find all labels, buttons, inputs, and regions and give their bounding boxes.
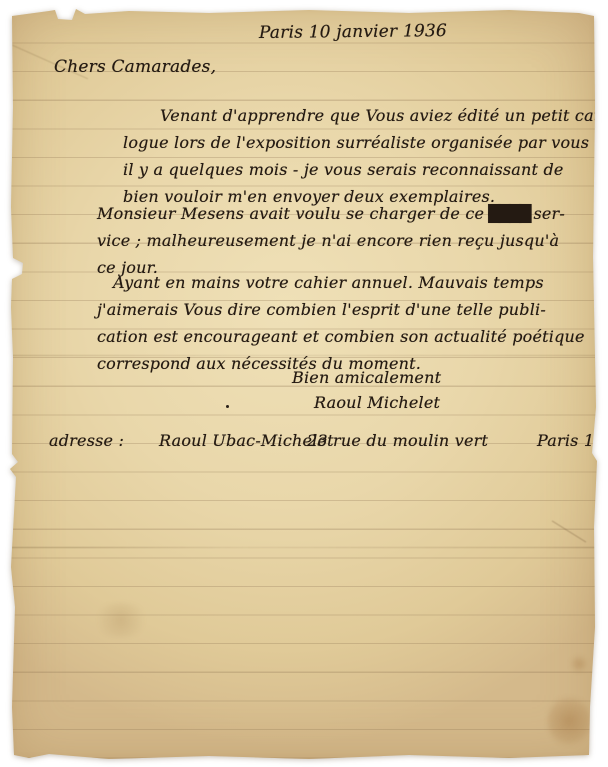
address-street: 23 rue du moulin vert: [307, 427, 488, 454]
letter-paper: Paris 10 janvier 1936 Chers Camarades, V…: [9, 7, 597, 760]
salutation: Chers Camarades,: [54, 54, 216, 81]
paper-crease: [552, 520, 586, 542]
closing: Bien amicalement: [292, 364, 441, 391]
paper-stain: [569, 655, 589, 673]
address-city: Paris 14: [537, 427, 605, 454]
letter-line: cation est encourageant et combien son a…: [9, 323, 597, 350]
letter-line: vice ; malheureusement je n'ai encore ri…: [9, 227, 597, 254]
letter-line: j'aimerais Vous dire combien l'esprit d'…: [9, 296, 597, 323]
line-text: ser-: [533, 204, 565, 223]
paper-stain: [547, 695, 591, 747]
scanned-letter: Paris 10 janvier 1936 Chers Camarades, V…: [0, 0, 608, 767]
paper-crease: [9, 547, 597, 548]
line-text: Monsieur Mesens avait voulu se charger d…: [97, 204, 484, 223]
letter-line: il y a quelques mois - je vous serais re…: [9, 156, 597, 183]
address-label: adresse :: [49, 427, 124, 454]
letter-line: Ayant en mains votre cahier annuel. Mauv…: [9, 269, 597, 296]
date-line: Paris 10 janvier 1936: [259, 18, 447, 47]
letter-line: Venant d'apprendre que Vous aviez édité …: [9, 102, 597, 129]
paragraph-cahier-annuel: Ayant en mains votre cahier annuel. Mauv…: [9, 269, 597, 377]
crossed-out-word: ████: [488, 204, 529, 223]
letter-line: Monsieur Mesens avait voulu se charger d…: [9, 200, 597, 227]
letter-line: logue lors de l'exposition surréaliste o…: [9, 129, 597, 156]
paragraph-catalogue-request: Venant d'apprendre que Vous aviez édité …: [9, 102, 597, 210]
ink-dot: [226, 405, 229, 408]
address-row: adresse : Raoul Ubac-Michelet 23 rue du …: [9, 427, 597, 454]
signature: Raoul Michelet: [314, 389, 440, 416]
paper-stain: [91, 603, 151, 637]
